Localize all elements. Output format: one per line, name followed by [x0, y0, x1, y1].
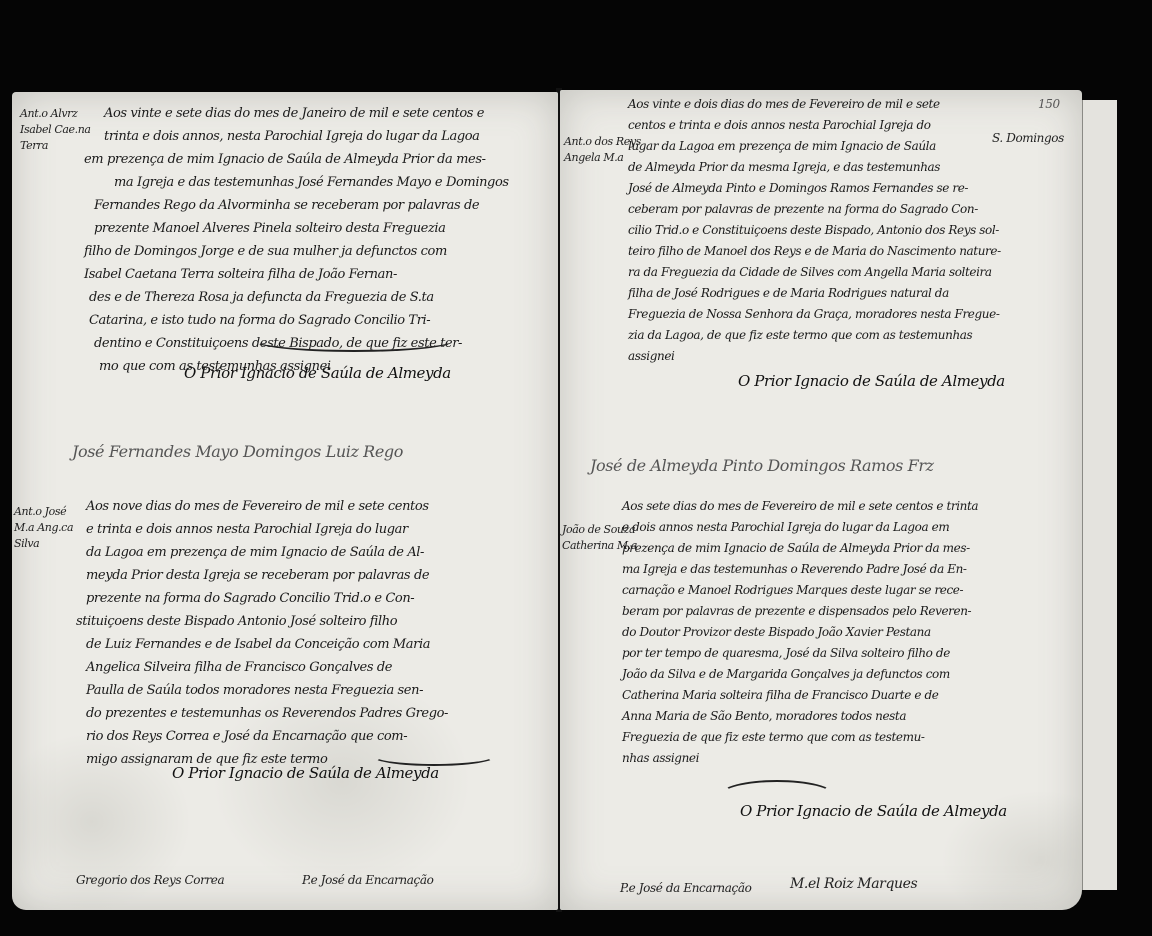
- manuscript-line: cilio Trid.o e Constituiçoens deste Bisp…: [628, 220, 1001, 241]
- witness-signature: M.el Roiz Marques: [790, 876, 917, 892]
- manuscript-line: Isabel Caetana Terra solteira filha de J…: [84, 263, 509, 286]
- margin-note-line: Silva: [14, 536, 73, 552]
- margin-note-line: M.a Ang.ca: [14, 520, 73, 536]
- manuscript-line: centos e trinta e dois annos nesta Paroc…: [628, 115, 1001, 136]
- manuscript-line: lugar da Lagoa em prezença de mim Ignaci…: [628, 136, 1001, 157]
- right-page: 150 Ant.o dos Reys Angela M.a S. Domingo…: [560, 90, 1082, 910]
- manuscript-line: ma Igreja e das testemunhas José Fernand…: [114, 171, 509, 194]
- manuscript-line: Aos sete dias do mes de Fevereiro de mil…: [622, 496, 978, 517]
- manuscript-line: teiro filho de Manoel dos Reys e de Mari…: [628, 241, 1001, 262]
- manuscript-line: Aos vinte e dois dias do mes de Fevereir…: [628, 94, 1001, 115]
- faint-heading-names: José de Almeyda Pinto Domingos Ramos Frz: [590, 456, 934, 475]
- margin-note-line: Ant.o José: [14, 504, 73, 520]
- manuscript-line: Aos nove dias do mes de Fevereiro de mil…: [86, 495, 448, 518]
- manuscript-line: trinta e dois annos, nesta Parochial Igr…: [104, 125, 509, 148]
- manuscript-line: por ter tempo de quaresma, José da Silva…: [622, 643, 978, 664]
- prior-signature: O Prior Ignacio de Saúla de Almeyda: [184, 364, 451, 382]
- manuscript-line: João da Silva e de Margarida Gonçalves j…: [622, 664, 978, 685]
- manuscript-line: Catarina, e isto tudo na forma do Sagrad…: [89, 309, 509, 332]
- ink-flourish: [252, 328, 456, 352]
- faint-heading-names: José Fernandes Mayo Domingos Luiz Rego: [72, 442, 403, 461]
- record-entry-2-body: Aos sete dias do mes de Fevereiro de mil…: [622, 496, 978, 769]
- record-entry-2-body: Aos nove dias do mes de Fevereiro de mil…: [86, 495, 448, 771]
- manuscript-line: Anna Maria de São Bento, moradores todos…: [622, 706, 978, 727]
- manuscript-line: prezente na forma do Sagrado Concilio Tr…: [86, 587, 448, 610]
- manuscript-line: prezença de mim Ignacio de Saúla de Alme…: [622, 538, 978, 559]
- margin-note-entry-1: Ant.o Alvrz Isabel Cae.na Terra: [20, 106, 91, 154]
- manuscript-line: Aos vinte e sete dias do mes de Janeiro …: [104, 102, 509, 125]
- margin-note-entry-2: Ant.o José M.a Ang.ca Silva: [14, 504, 73, 552]
- ink-flourish: [372, 746, 496, 766]
- manuscript-line: do prezentes e testemunhas os Reverendos…: [86, 702, 448, 725]
- margin-note-line: Ant.o Alvrz: [20, 106, 91, 122]
- manuscript-line: da Lagoa em prezença de mim Ignacio de S…: [86, 541, 448, 564]
- manuscript-line: des e de Thereza Rosa ja defuncta da Fre…: [89, 286, 509, 309]
- manuscript-line: filho de Domingos Jorge e de sua mulher …: [84, 240, 509, 263]
- left-page: Ant.o Alvrz Isabel Cae.na Terra Aos vint…: [12, 92, 558, 910]
- folio-number: 150: [1038, 96, 1060, 112]
- witness-signature: P.e José da Encarnação: [302, 872, 433, 888]
- prior-signature: O Prior Ignacio de Saúla de Almeyda: [738, 372, 1005, 390]
- manuscript-line: Freguezia de que fiz este termo que com …: [622, 727, 978, 748]
- manuscript-line: ra da Freguezia da Cidade de Silves com …: [628, 262, 1001, 283]
- witness-signature: Gregorio dos Reys Correa: [76, 872, 224, 888]
- margin-note-line: Isabel Cae.na: [20, 122, 91, 138]
- manuscript-line: filha de José Rodrigues e de Maria Rodri…: [628, 283, 1001, 304]
- manuscript-line: assignei: [628, 346, 1001, 367]
- manuscript-line: stituiçoens deste Bispado Antonio José s…: [76, 610, 448, 633]
- manuscript-line: carnação e Manoel Rodrigues Marques dest…: [622, 580, 978, 601]
- manuscript-line: ma Igreja e das testemunhas o Reverendo …: [622, 559, 978, 580]
- manuscript-line: meyda Prior desta Igreja se receberam po…: [86, 564, 448, 587]
- manuscript-line: rio dos Reys Correa e José da Encarnação…: [86, 725, 448, 748]
- manuscript-line: José de Almeyda Pinto e Domingos Ramos F…: [628, 178, 1001, 199]
- manuscript-line: zia da Lagoa, de que fiz este termo que …: [628, 325, 1001, 346]
- manuscript-line: Freguezia de Nossa Senhora da Graça, mor…: [628, 304, 1001, 325]
- manuscript-line: de Luiz Fernandes e de Isabel da Conceiç…: [86, 633, 448, 656]
- witness-signature: P.e José da Encarnação: [620, 880, 751, 896]
- margin-note-line: Terra: [20, 138, 91, 154]
- manuscript-line: prezente Manoel Alveres Pinela solteiro …: [94, 217, 509, 240]
- manuscript-line: de Almeyda Prior da mesma Igreja, e das …: [628, 157, 1001, 178]
- manuscript-line: Paulla de Saúla todos moradores nesta Fr…: [86, 679, 448, 702]
- prior-signature: O Prior Ignacio de Saúla de Almeyda: [172, 764, 439, 782]
- page-edge-stack: [1082, 100, 1117, 890]
- manuscript-line: Angelica Silveira filha de Francisco Gon…: [86, 656, 448, 679]
- manuscript-line: e trinta e dois annos nesta Parochial Ig…: [86, 518, 448, 541]
- manuscript-line: Catherina Maria solteira filha de Franci…: [622, 685, 978, 706]
- manuscript-line: em prezença de mim Ignacio de Saúla de A…: [84, 148, 509, 171]
- manuscript-line: beram por palavras de prezente e dispens…: [622, 601, 978, 622]
- manuscript-line: ceberam por palavras de prezente na form…: [628, 199, 1001, 220]
- record-entry-1-body: Aos vinte e dois dias do mes de Fevereir…: [628, 94, 1001, 367]
- right-margin-note: S. Domingos: [992, 130, 1064, 146]
- manuscript-line: e dois annos nesta Parochial Igreja do l…: [622, 517, 978, 538]
- manuscript-line: nhas assignei: [622, 748, 978, 769]
- manuscript-line: Fernandes Rego da Alvorminha se recebera…: [94, 194, 509, 217]
- prior-signature: O Prior Ignacio de Saúla de Almeyda: [740, 802, 1007, 820]
- manuscript-line: do Doutor Provizor deste Bispado João Xa…: [622, 622, 978, 643]
